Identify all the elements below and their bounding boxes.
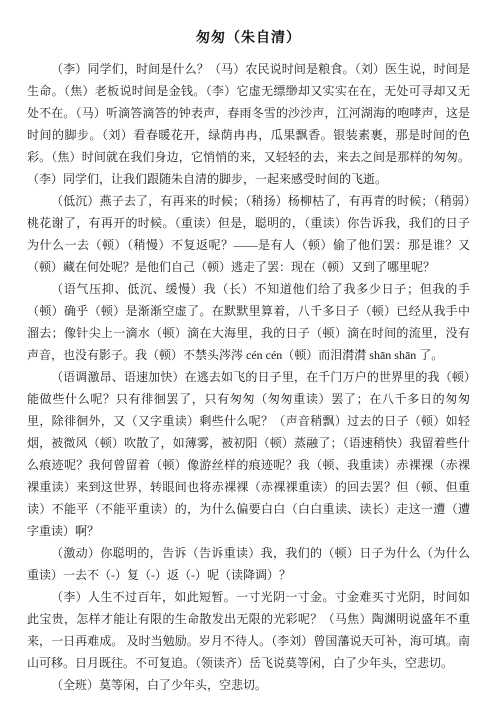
paragraph-fleeting-days: （语调激昂、语速加快）在逃去如飞的日子里，在千门万户的世界里的我（顿）能做些什么… bbox=[27, 366, 470, 542]
document-page: 匆匆（朱自清） （李）同学们，时间是什么？（马）农民说时间是粮食。（刘）医生说，… bbox=[0, 0, 496, 702]
paragraph-swallows: （低沉）燕子去了，有再来的时候；（稍扬）杨柳枯了，有再青的时候；（稍弱）桃花谢了… bbox=[27, 190, 470, 278]
paragraph-closing-quotes: （李）人生不过百年，如此短暂。一寸光阴一寸金。寸金难买寸光阴，时间如此宝贵，怎样… bbox=[27, 586, 470, 674]
document-title: 匆匆（朱自清） bbox=[27, 27, 470, 47]
paragraph-days-slipping: （语气压抑、低沉、缓慢）我（长）不知道他们给了我多少日子；但我的手（顿）确乎（顿… bbox=[27, 278, 470, 366]
paragraph-intro: （李）同学们，时间是什么？（马）农民说时间是粮食。（刘）医生说，时间是生命。（焦… bbox=[27, 58, 470, 190]
paragraph-why-question: （激动）你聪明的，告诉（告诉重读）我，我们的（顿）日子为什么（为什么重读）一去不… bbox=[27, 542, 470, 586]
paragraph-whole-class: （全班）莫等闲，白了少年头，空悲切。 bbox=[27, 674, 470, 696]
